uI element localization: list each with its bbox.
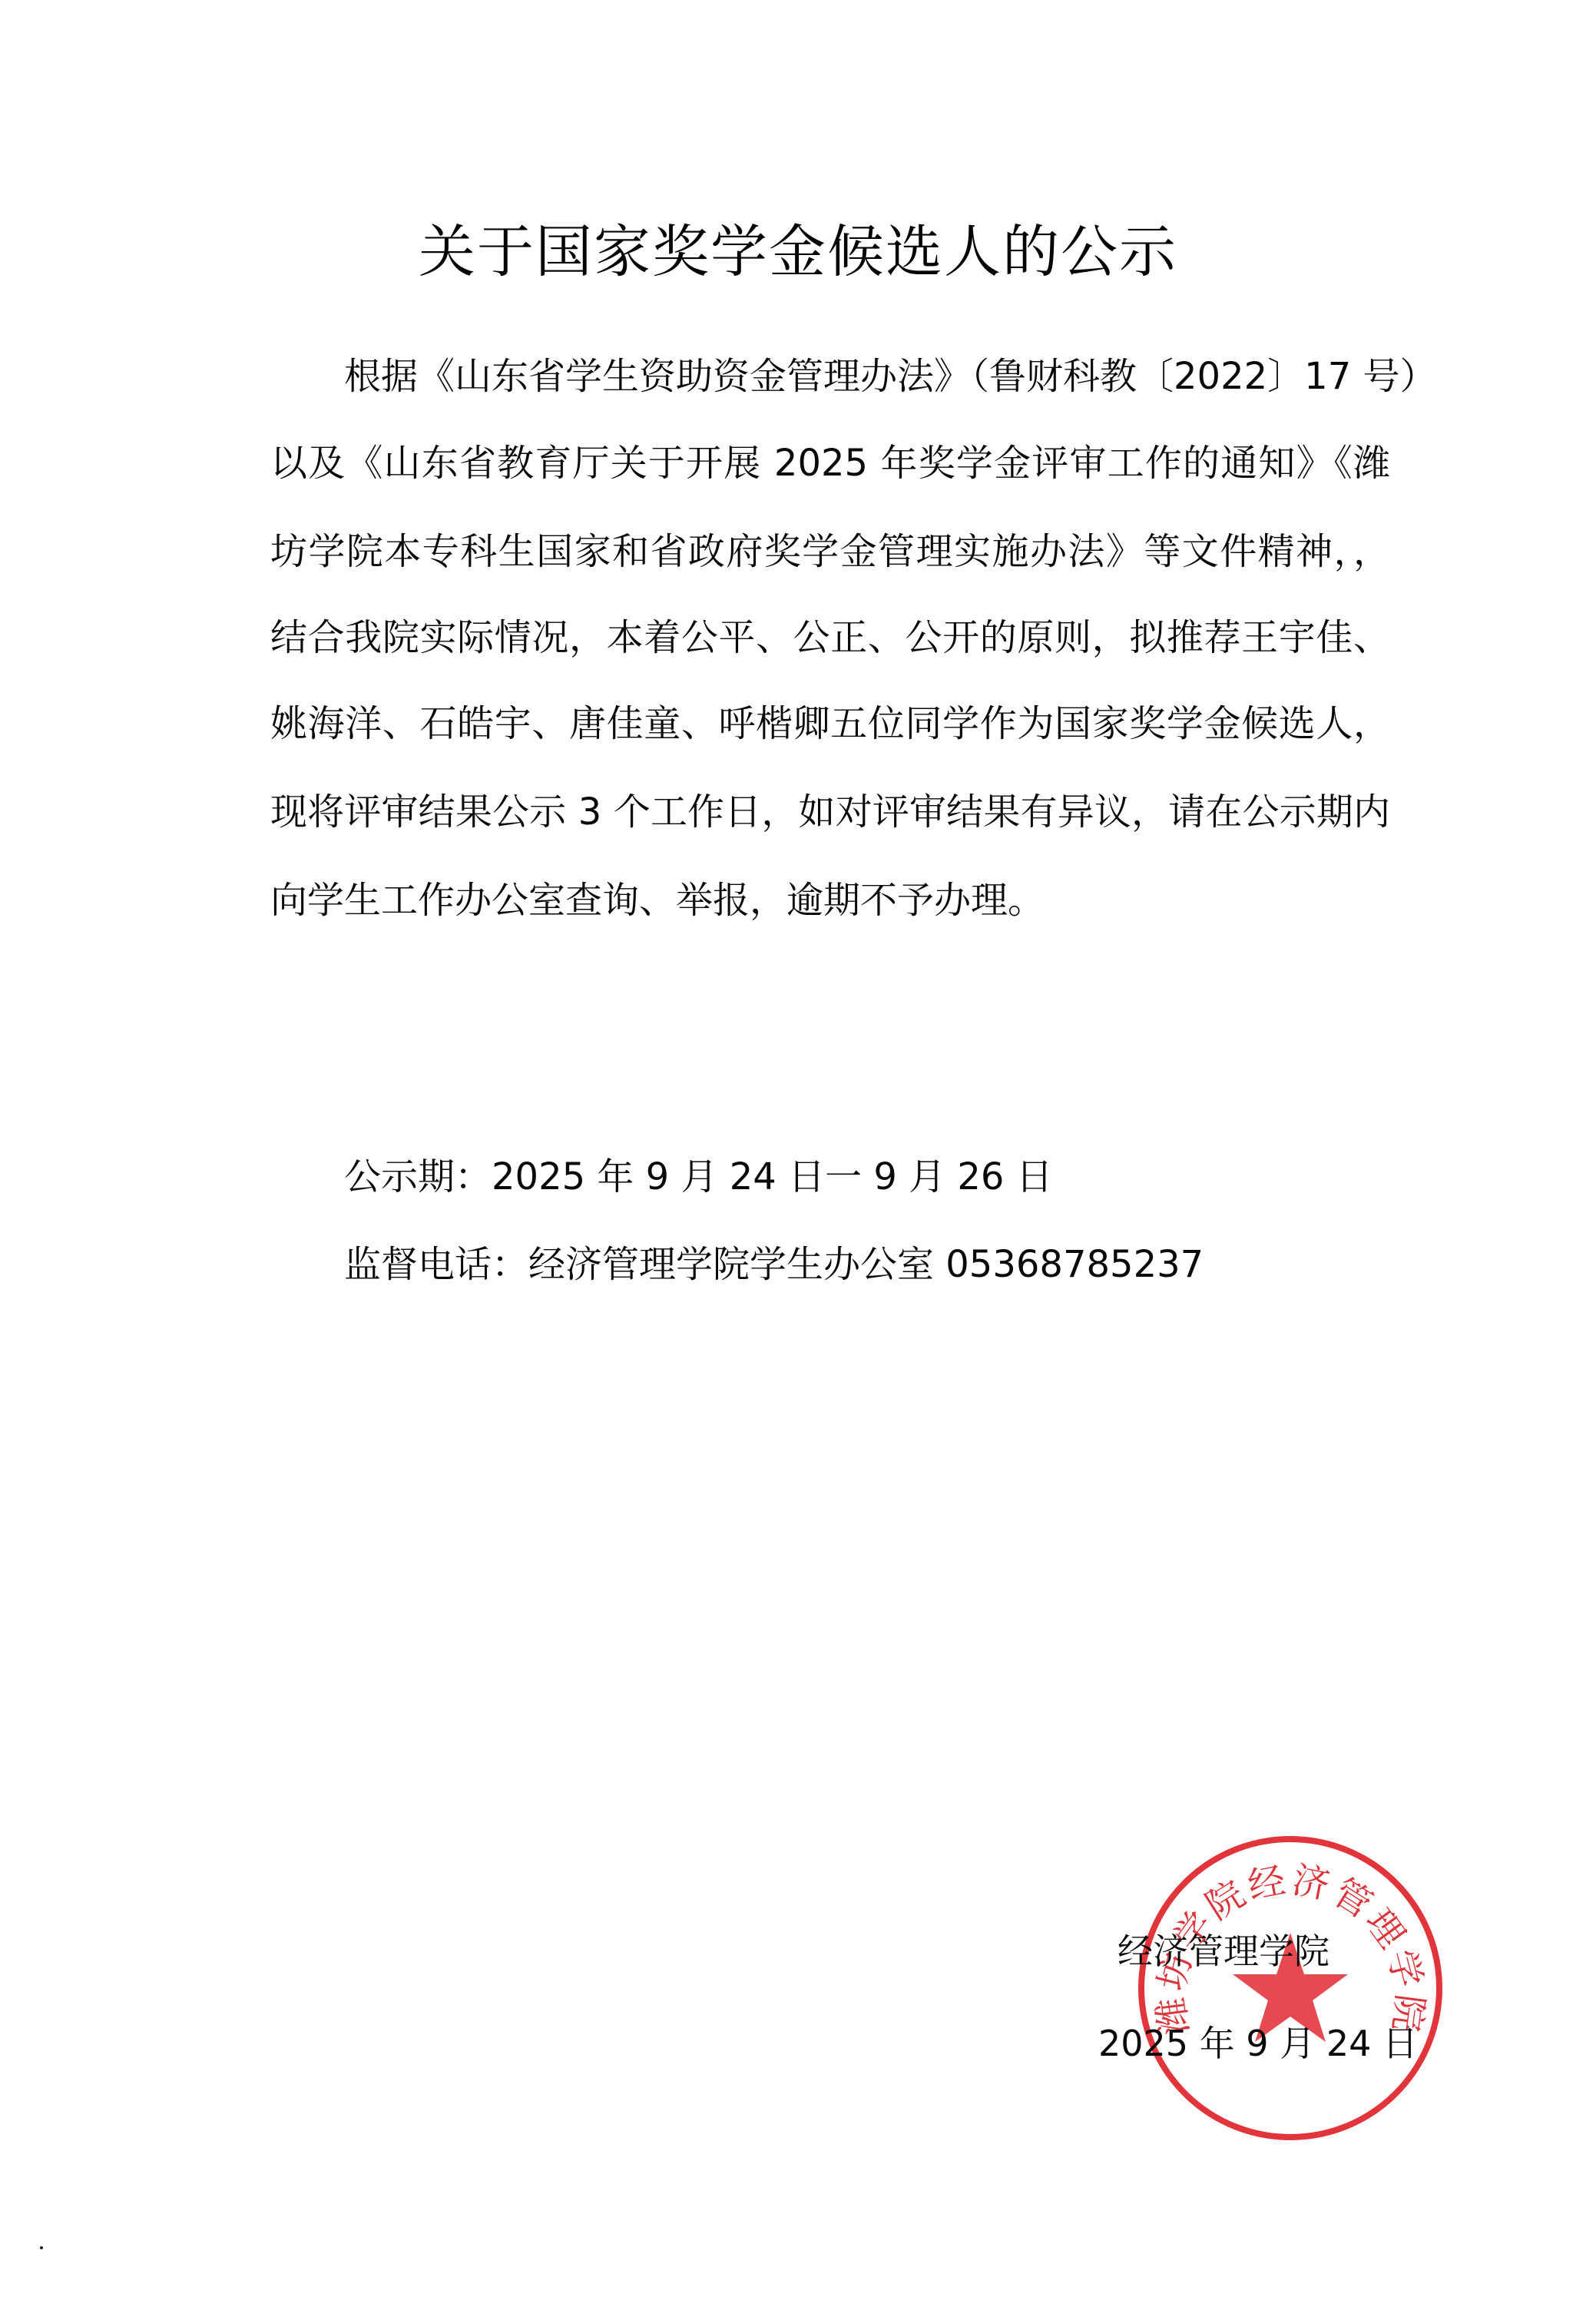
body-paragraph-line: 根据《山东省学生资助资金管理办法》（鲁财科教〔2022〕17 号） bbox=[344, 352, 1390, 401]
body-paragraph-line: 现将评审结果公示 3 个工作日，如对评审结果有异议，请在公示期内 bbox=[270, 787, 1390, 837]
body-paragraph-line: 以及《山东省教育厅关于开展 2025 年奖学金评审工作的通知》《潍 bbox=[270, 439, 1390, 488]
scan-speck bbox=[40, 2246, 43, 2249]
official-seal: 潍坊学院经济管理学院 bbox=[1135, 1833, 1445, 2143]
signature-organization: 经济管理学院 bbox=[1118, 1927, 1329, 1976]
supervision-phone: 监督电话：经济管理学院学生办公室 05368785237 bbox=[344, 1240, 1204, 1289]
signature-date: 2025 年 9 月 24 日 bbox=[1098, 2019, 1418, 2068]
document-page: 关于国家奖学金候选人的公示 根据《山东省学生资助资金管理办法》（鲁财科教〔202… bbox=[0, 0, 1596, 2320]
body-paragraph-line: 姚海洋、石皓宇、唐佳童、呼楷卿五位同学作为国家奖学金候选人， bbox=[270, 699, 1390, 748]
body-paragraph-line: 结合我院实际情况，本着公平、公正、公开的原则，拟推荐王宇佳、 bbox=[270, 613, 1390, 662]
publicity-period: 公示期：2025 年 9 月 24 日一 9 月 26 日 bbox=[344, 1152, 1053, 1201]
document-title: 关于国家奖学金候选人的公示 bbox=[0, 214, 1596, 290]
body-paragraph-line: 向学生工作办公室查询、举报，逾期不予办理。 bbox=[270, 876, 1390, 925]
body-paragraph-line: 坊学院本专科生国家和省政府奖学金管理实施办法》等文件精神，， bbox=[270, 527, 1390, 576]
